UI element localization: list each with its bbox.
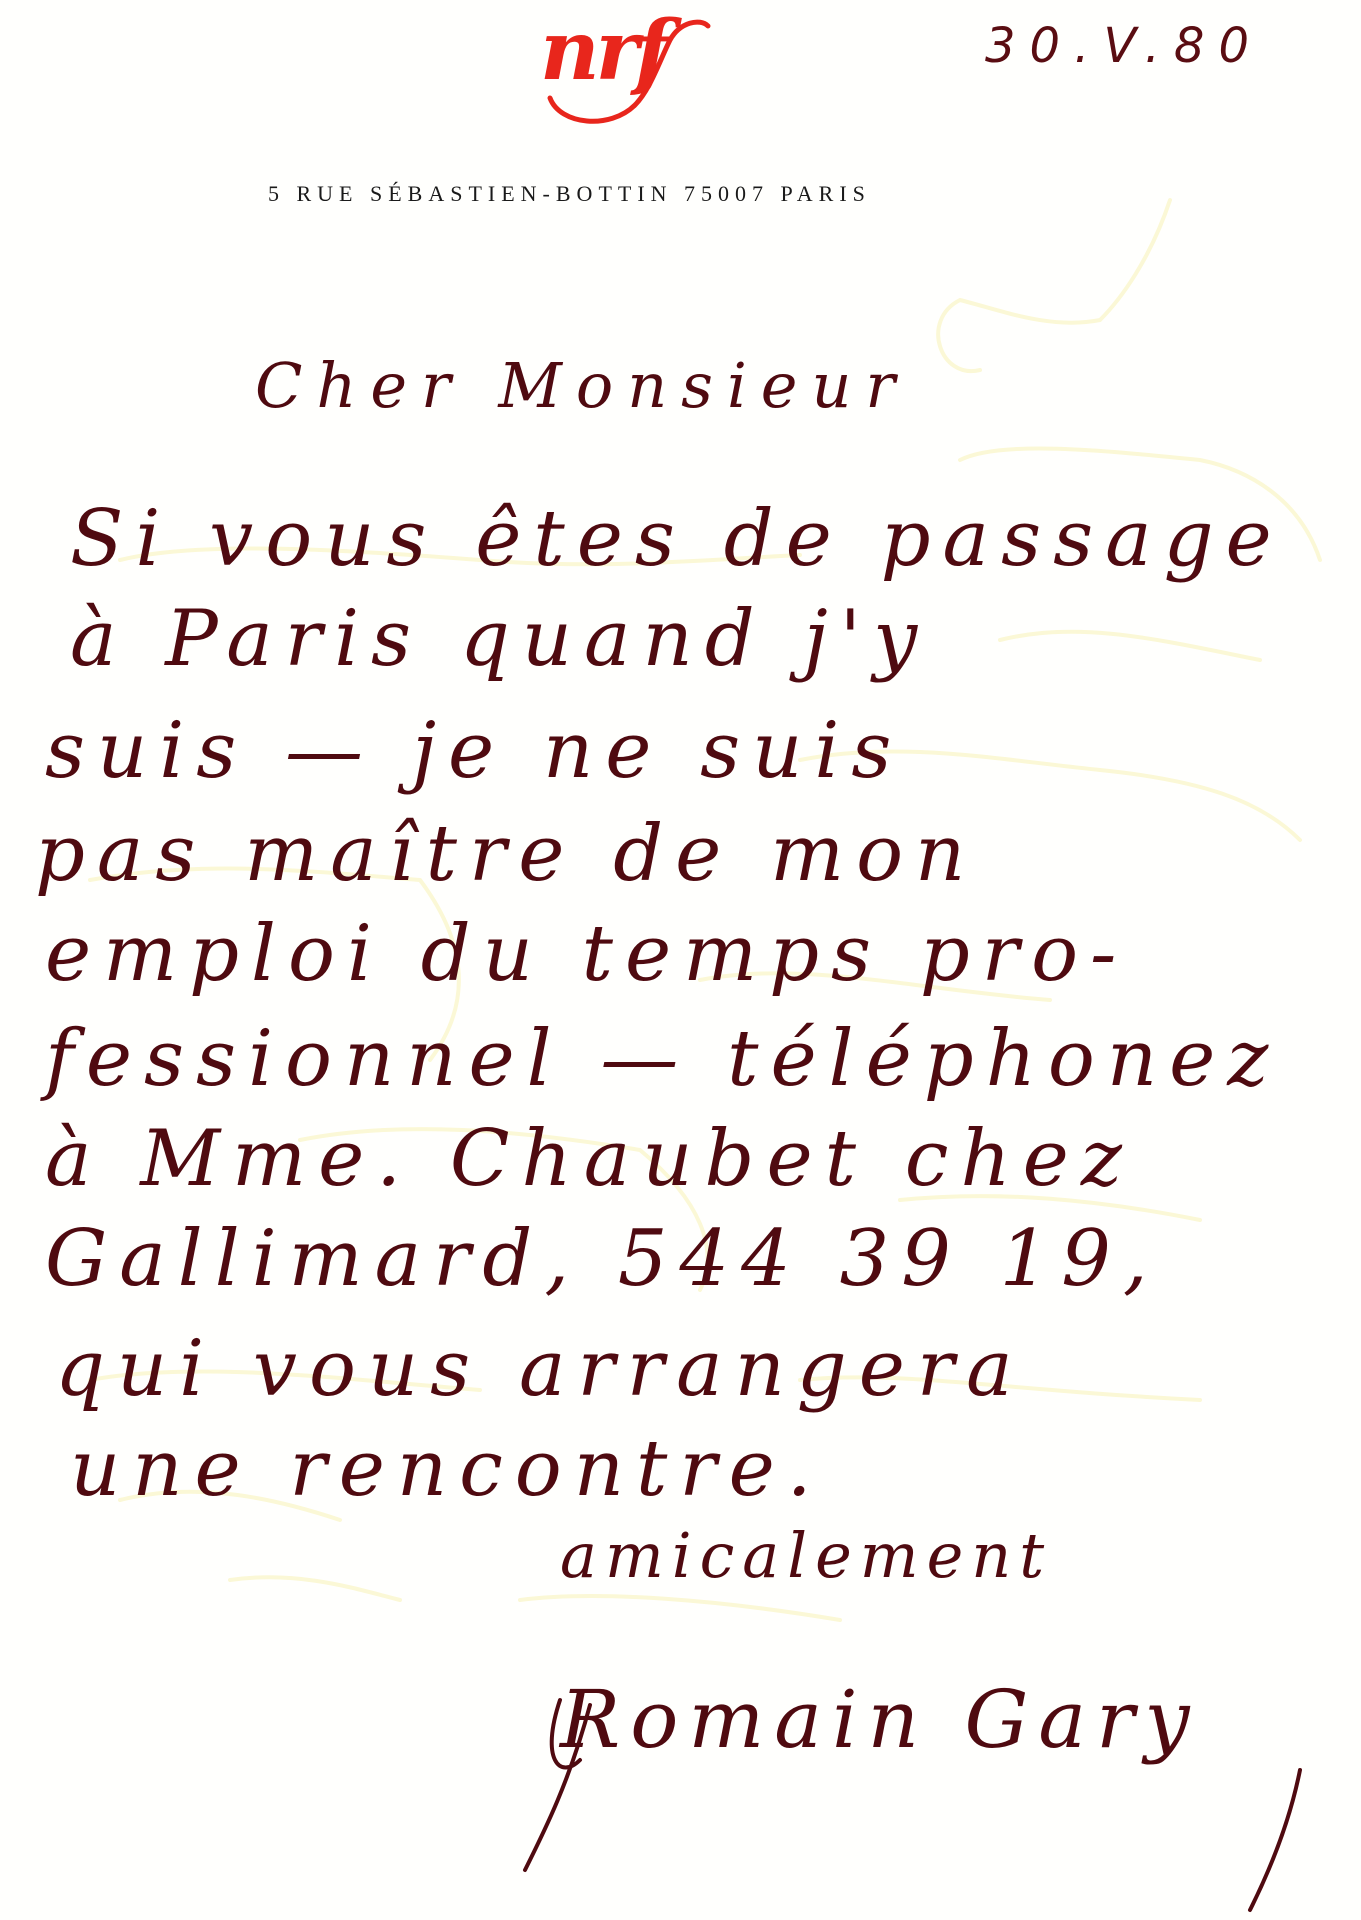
body-line-5: emploi du temps pro- (45, 915, 1128, 993)
salutation: Cher Monsieur (255, 355, 909, 417)
body-line-7: à Mme. Chaubet chez (45, 1120, 1134, 1198)
body-line-4: pas maître de mon (35, 815, 977, 893)
letterhead-address: 5 RUE SÉBASTIEN-BOTTIN 75007 PARIS (268, 181, 871, 207)
body-line-3: suis — je ne suis (45, 712, 903, 790)
body-line-6: fessionnel — téléphonez (45, 1020, 1280, 1098)
closing: amicalement (560, 1525, 1052, 1587)
letter-page: nrf 30.V.80 5 RUE SÉBASTIEN-BOTTIN 75007… (0, 0, 1361, 1920)
body-line-8: Gallimard, 544 39 19, (45, 1220, 1160, 1298)
nrf-logo-swash-icon (540, 10, 720, 130)
body-line-1: Si vous êtes de passage (70, 500, 1284, 578)
signature: Romain Gary (560, 1680, 1200, 1760)
body-line-10: une rencontre. (70, 1430, 824, 1508)
body-line-9: qui vous arrangera (55, 1330, 1025, 1408)
body-line-2: à Paris quand j'y (70, 600, 929, 678)
nrf-logo: nrf (540, 10, 720, 120)
letter-date: 30.V.80 (985, 18, 1263, 74)
